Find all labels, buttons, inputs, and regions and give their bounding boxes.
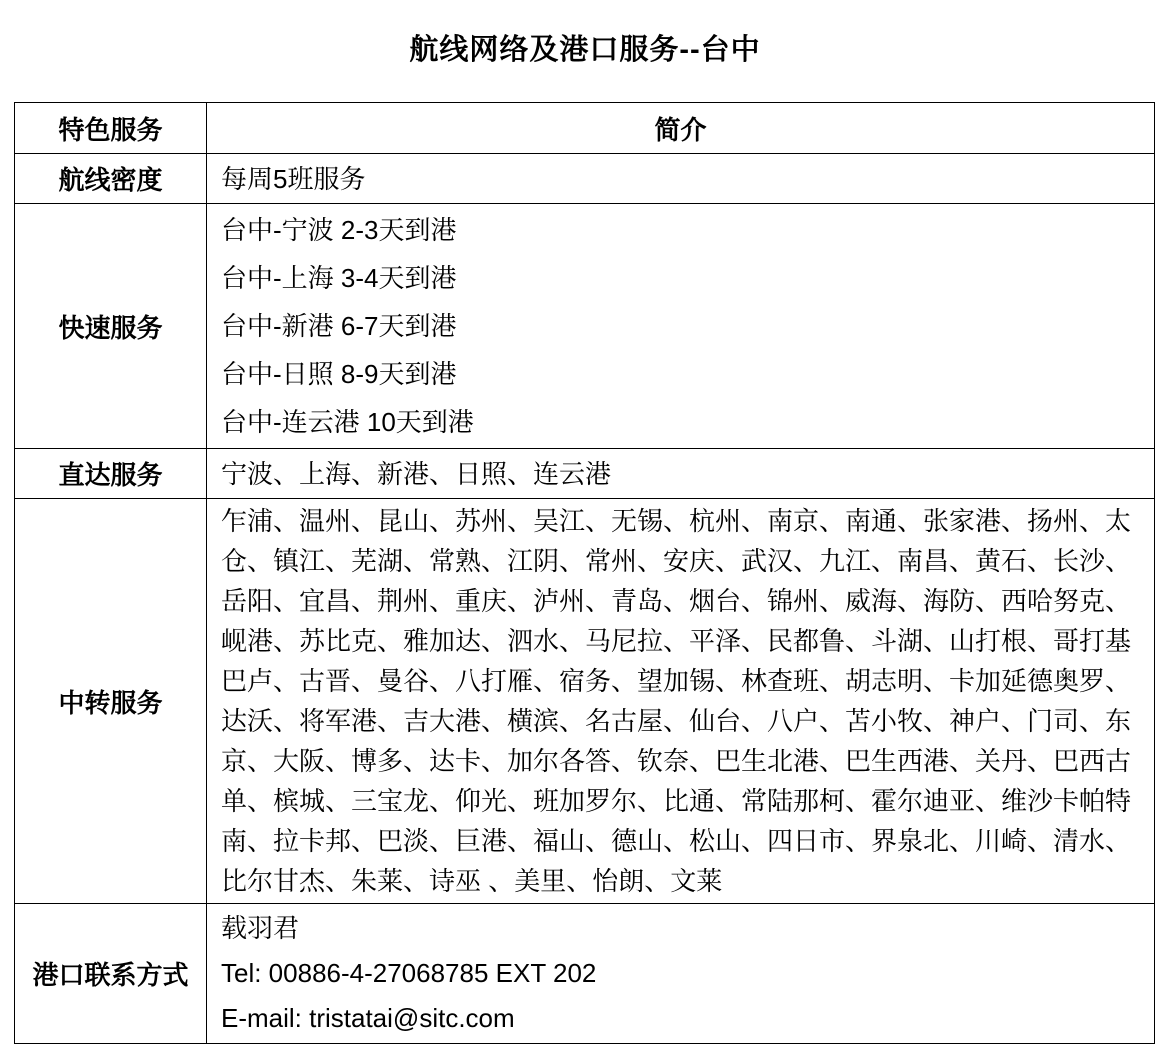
transit-port-list: 乍浦、温州、昆山、苏州、吴江、无锡、杭州、南京、南通、张家港、扬州、太仓、镇江、… <box>221 501 1140 901</box>
header-feature-services: 特色服务 <box>15 103 207 154</box>
document-page: 航线网络及港口服务--台中 特色服务 简介 航线密度 每周5班服务 快速服务 台… <box>0 0 1170 1063</box>
service-table: 特色服务 简介 航线密度 每周5班服务 快速服务 台中-宁波 2-3天到港 台中… <box>14 102 1155 1044</box>
row-label-fast-service: 快速服务 <box>15 204 207 449</box>
table-row-transit-service: 中转服务 乍浦、温州、昆山、苏州、吴江、无锡、杭州、南京、南通、张家港、扬州、太… <box>15 499 1155 904</box>
value-line: 台中-日照 8-9天到港 <box>221 350 1140 398</box>
table-header-row: 特色服务 简介 <box>15 103 1155 154</box>
table-row-direct-service: 直达服务 宁波、上海、新港、日照、连云港 <box>15 449 1155 499</box>
page-title: 航线网络及港口服务--台中 <box>0 0 1170 68</box>
header-introduction: 简介 <box>207 103 1155 154</box>
value-line: 台中-宁波 2-3天到港 <box>221 206 1140 254</box>
value-line: 宁波、上海、新港、日照、连云港 <box>221 454 1140 494</box>
value-line: 台中-上海 3-4天到港 <box>221 254 1140 302</box>
row-label-route-density: 航线密度 <box>15 154 207 204</box>
row-label-transit-service: 中转服务 <box>15 499 207 904</box>
contact-name: 载羽君 <box>221 906 1140 951</box>
contact-email: E-mail: tristatai@sitc.com <box>221 996 1140 1041</box>
row-value-fast-service: 台中-宁波 2-3天到港 台中-上海 3-4天到港 台中-新港 6-7天到港 台… <box>207 204 1155 449</box>
contact-tel: Tel: 00886-4-27068785 EXT 202 <box>221 951 1140 996</box>
table-row-route-density: 航线密度 每周5班服务 <box>15 154 1155 204</box>
row-value-direct-service: 宁波、上海、新港、日照、连云港 <box>207 449 1155 499</box>
value-line: 台中-连云港 10天到港 <box>221 398 1140 446</box>
row-label-direct-service: 直达服务 <box>15 449 207 499</box>
row-value-route-density: 每周5班服务 <box>207 154 1155 204</box>
row-value-transit-service: 乍浦、温州、昆山、苏州、吴江、无锡、杭州、南京、南通、张家港、扬州、太仓、镇江、… <box>207 499 1155 904</box>
row-value-port-contact: 载羽君 Tel: 00886-4-27068785 EXT 202 E-mail… <box>207 904 1155 1044</box>
table-row-port-contact: 港口联系方式 载羽君 Tel: 00886-4-27068785 EXT 202… <box>15 904 1155 1044</box>
table-row-fast-service: 快速服务 台中-宁波 2-3天到港 台中-上海 3-4天到港 台中-新港 6-7… <box>15 204 1155 449</box>
value-line: 每周5班服务 <box>221 159 1140 199</box>
row-label-port-contact: 港口联系方式 <box>15 904 207 1044</box>
value-line: 台中-新港 6-7天到港 <box>221 302 1140 350</box>
